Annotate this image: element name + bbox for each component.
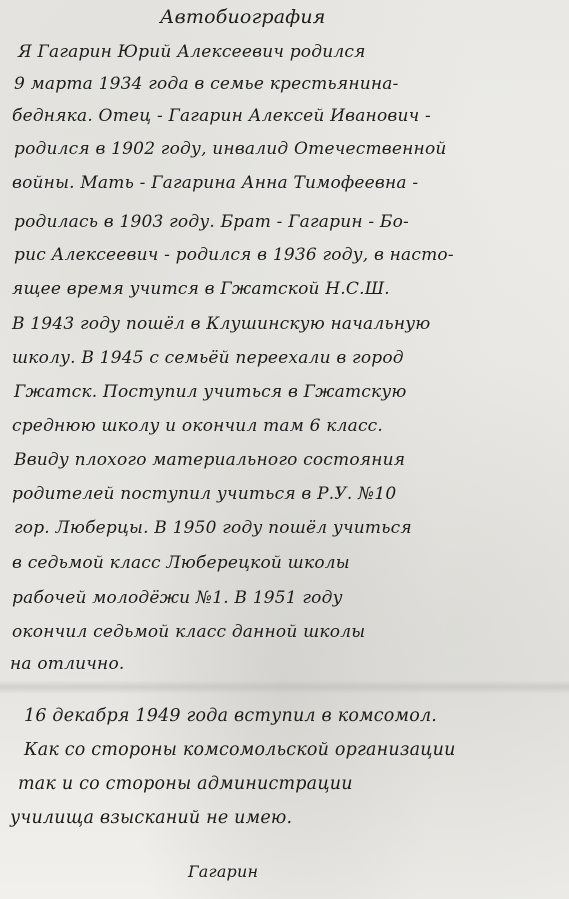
text-line: Гжатск. Поступил учиться в Гжатскую xyxy=(14,382,407,402)
text-line: рис Алексеевич - родился в 1936 году, в … xyxy=(14,245,454,265)
text-line: на отлично. xyxy=(10,654,124,674)
text-line: родилась в 1903 году. Брат - Гагарин - Б… xyxy=(14,212,409,232)
paper-fold-crease xyxy=(0,680,569,694)
text-line: Ввиду плохого материального состояния xyxy=(14,450,405,470)
text-line: родителей поступил учиться в Р.У. №10 xyxy=(12,484,396,504)
text-line: в седьмой класс Люберецкой школы xyxy=(12,553,350,573)
text-line: ящее время учится в Гжатской Н.С.Ш. xyxy=(12,279,390,299)
text-line: окончил седьмой класс данной школы xyxy=(12,622,365,642)
text-line: рабочей молодёжи №1. В 1951 году xyxy=(12,588,343,608)
text-line: В 1943 году пошёл в Клушинскую начальную xyxy=(12,314,430,334)
text-line: Как со стороны комсомольской организации xyxy=(24,740,456,760)
text-line: 16 декабря 1949 года вступил в комсомол. xyxy=(24,706,437,726)
text-line: так и со стороны администрации xyxy=(18,774,353,794)
document-title: Автобиография xyxy=(160,6,326,28)
text-line: школу. В 1945 с семьёй переехали в город xyxy=(12,348,404,368)
text-line: войны. Мать - Гагарина Анна Тимофеевна - xyxy=(12,173,418,193)
text-line: гор. Люберцы. В 1950 году пошёл учиться xyxy=(14,518,412,538)
text-line: среднюю школу и окончил там 6 класс. xyxy=(12,416,383,436)
text-line: 9 марта 1934 года в семье крестьянина- xyxy=(14,74,399,94)
text-line: бедняка. Отец - Гагарин Алексей Иванович… xyxy=(12,106,431,126)
text-line: Я Гагарин Юрий Алексеевич родился xyxy=(18,42,366,62)
text-line: училища взысканий не имею. xyxy=(10,808,292,828)
signature: Гагарин xyxy=(188,862,258,881)
text-line: родился в 1902 году, инвалид Отечественн… xyxy=(14,139,447,159)
